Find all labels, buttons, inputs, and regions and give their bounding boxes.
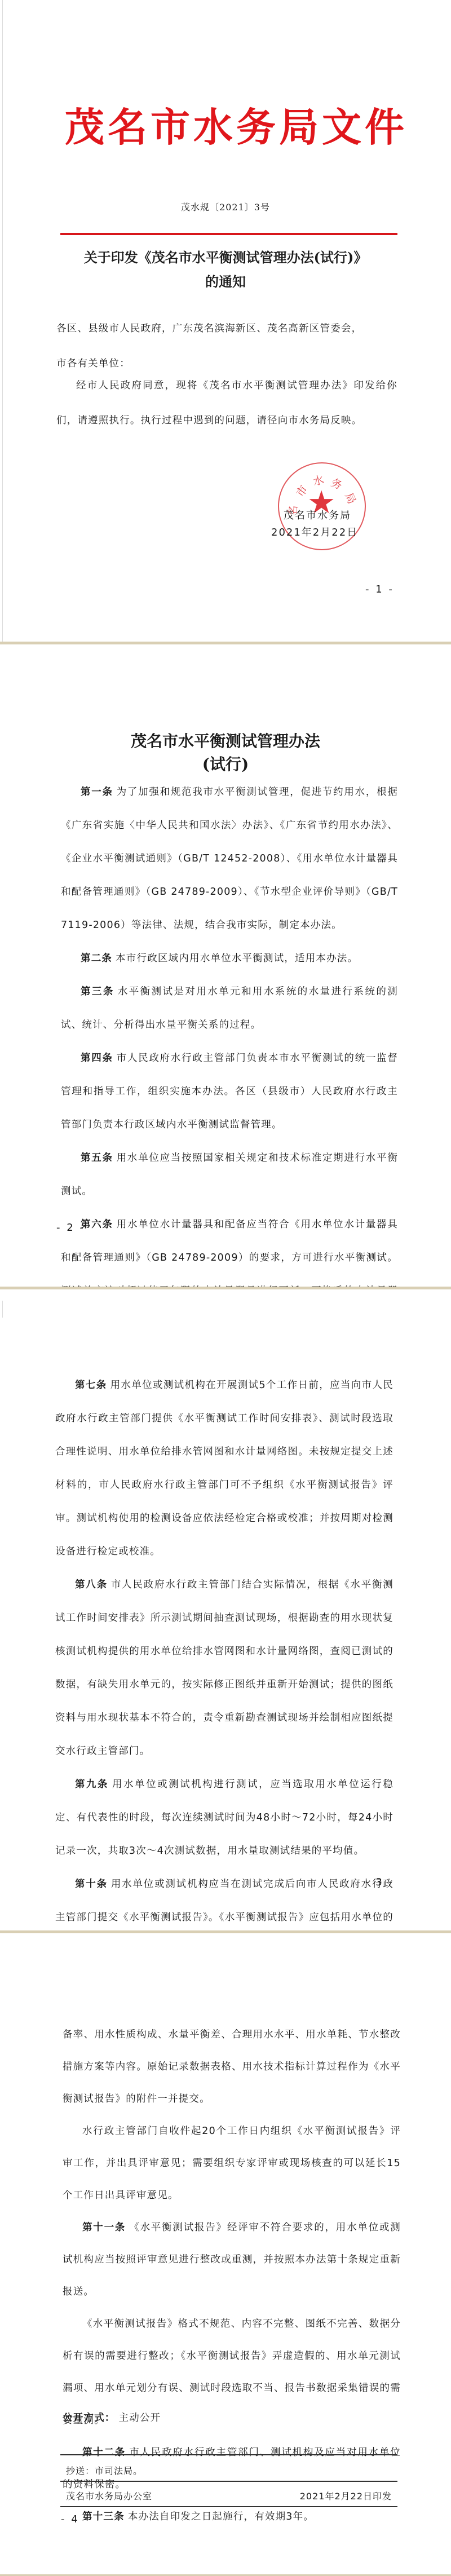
articles-block: 第七条用水单位或测试机构在开展测试5个工作日前，应当向市人民政府水行政主管部门提… (55, 1369, 393, 1968)
addressee-line-1: 各区、县级市人民政府，广东茂名滨海新区、茂名高新区管委会， (56, 311, 397, 346)
articles-block: 第一条为了加强和规范我市水平衡测试管理，促进节约用水，根据《广东省实施〈中华人民… (61, 776, 398, 1375)
article-label: 第六条 (81, 1219, 113, 1230)
article-label: 第八条 (75, 1579, 108, 1590)
footer-rule-middle (60, 2481, 397, 2482)
article-2: 第二条本市行政区域内用水单位水平衡测试，适用本办法。 (61, 942, 398, 975)
cc-line: 抄送：市司法局。 (66, 2464, 143, 2477)
article-label: 第十条 (75, 1879, 108, 1890)
footer-rule-bottom (60, 2506, 397, 2507)
measures-title-line-2: (试行) (56, 752, 395, 775)
article-7: 第七条用水单位或测试机构在开展测试5个工作日前，应当向市人民政府水行政主管部门提… (55, 1369, 393, 1568)
page-4: 备率、用水性质构成、水量平衡差、合理用水水平、用水单耗、节水整改措施方案等内容。… (0, 1933, 451, 2574)
paragraph-continued: 备率、用水性质构成、水量平衡差、合理用水水平、用水单耗、节水整改措施方案等内容。… (63, 2019, 401, 2115)
issuing-office: 茂名市水务局办公室 (66, 2489, 152, 2502)
notice-title-line-1: 关于印发《茂名市水平衡测试管理办法(试行)》 (51, 246, 400, 266)
article-3: 第三条水平衡测试是对用水单元和用水系统的水量进行系统的测试、统计、分析得出水量平… (61, 975, 398, 1042)
article-9: 第九条用水单位或测试机构进行测试，应当选取用水单位运行稳定、有代表性的时段，每次… (55, 1768, 393, 1868)
signature-organization: 茂名市水务局 (284, 507, 351, 522)
red-separator-rule (60, 233, 397, 235)
disclosure-method: 公开方式：主动公开 (63, 2410, 288, 2427)
article-text: 本办法自印发之日起施行，有效期3年。 (128, 2511, 314, 2522)
article-text: 本市行政区域内用水单位水平衡测试，适用本办法。 (116, 953, 358, 964)
disclosure-label: 公开方式： (63, 2412, 116, 2424)
article-text: 用水单位或测试机构进行测试，应当选取用水单位运行稳定、有代表性的时段，每次连续测… (55, 1779, 393, 1857)
signature-date: 2021年2月22日 (271, 524, 358, 539)
page-number: - 2 - (56, 1222, 85, 1234)
issue-date: 2021年2月22日印发 (285, 2489, 392, 2502)
article-label: 第七条 (75, 1380, 107, 1391)
paragraphs-block: 备率、用水性质构成、水量平衡差、合理用水水平、用水单耗、节水整改措施方案等内容。… (63, 2019, 401, 2533)
article-text: 市人民政府水行政主管部门负责本市水平衡测试的统一监督管理和指导工作，组织实施本办… (61, 1053, 398, 1130)
red-header-title: 茂名市水务局文件 (65, 96, 392, 153)
page-number: - 3 - (365, 1876, 394, 1888)
article-label: 第二条 (81, 953, 112, 964)
article-label: 第五条 (81, 1152, 113, 1164)
article-text: 市人民政府水行政主管部门结合实际情况，根据《水平衡测试工作时间安排表》所示测试期… (55, 1579, 393, 1757)
article-label: 第四条 (81, 1053, 113, 1064)
article-label: 第一条 (81, 787, 113, 798)
page-2: 茂名市水平衡测试管理办法 (试行) 第一条为了加强和规范我市水平衡测试管理，促进… (0, 644, 451, 1287)
article-label: 第九条 (75, 1779, 109, 1790)
notice-title-line-2: 的通知 (51, 271, 400, 290)
notice-body: 经市人民政府同意，现将《茂名市水平衡测试管理办法》印发给你们，请遵照执行。执行过… (56, 368, 397, 438)
paragraph-text: 水行政主管部门自收件起20个工作日内组织《水平衡测试报告》评审工作，并出具评审意… (63, 2126, 401, 2201)
footer-rule-top (60, 2454, 397, 2455)
page-number: - 4 - (61, 2513, 90, 2525)
article-11: 第十一条《水平衡测试报告》经评审不符合要求的，用水单位或测试机构应当按照评审意见… (63, 2212, 401, 2308)
page-edge (2, 0, 3, 642)
article-text: 为了加强和规范我市水平衡测试管理，促进节约用水，根据《广东省实施〈中华人民共和国… (61, 787, 398, 931)
page-1: 茂名市水务局文件 茂水规〔2021〕3号 关于印发《茂名市水平衡测试管理办法(试… (0, 0, 451, 642)
article-text: 用水单位或测试机构在开展测试5个工作日前，应当向市人民政府水行政主管部门提供《水… (55, 1380, 393, 1557)
document-number: 茂水规〔2021〕3号 (169, 200, 282, 213)
page-edge (2, 1301, 3, 1318)
article-label: 第三条 (81, 986, 114, 997)
seal-arc-char: 局 (342, 490, 360, 506)
article-5: 第五条用水单位应当按照国家相关规定和技术标准定期进行水平衡测试。 (61, 1142, 398, 1208)
page-3: 第七条用水单位或测试机构在开展测试5个工作日前，应当向市人民政府水行政主管部门提… (0, 1289, 451, 1930)
article-label: 第十一条 (82, 2222, 126, 2233)
measures-title-line-1: 茂名市水平衡测试管理办法 (56, 729, 395, 752)
article-4: 第四条市人民政府水行政主管部门负责本市水平衡测试的统一监督管理和指导工作，组织实… (61, 1042, 398, 1142)
article-1: 第一条为了加强和规范我市水平衡测试管理，促进节约用水，根据《广东省实施〈中华人民… (61, 776, 398, 942)
paragraph-review: 水行政主管部门自收件起20个工作日内组织《水平衡测试报告》评审工作，并出具评审意… (63, 2115, 401, 2212)
page-number: - 1 - (365, 584, 394, 595)
disclosure-value: 主动公开 (119, 2412, 161, 2424)
article-label: 第十二条 (82, 2447, 126, 2458)
paragraph-text: 备率、用水性质构成、水量平衡差、合理用水水平、用水单耗、节水整改措施方案等内容。… (63, 2029, 401, 2105)
article-8: 第八条市人民政府水行政主管部门结合实际情况，根据《水平衡测试工作时间安排表》所示… (55, 1568, 393, 1768)
article-text: 《水平衡测试报告》经评审不符合要求的，用水单位或测试机构应当按照评审意见进行整改… (63, 2222, 401, 2297)
